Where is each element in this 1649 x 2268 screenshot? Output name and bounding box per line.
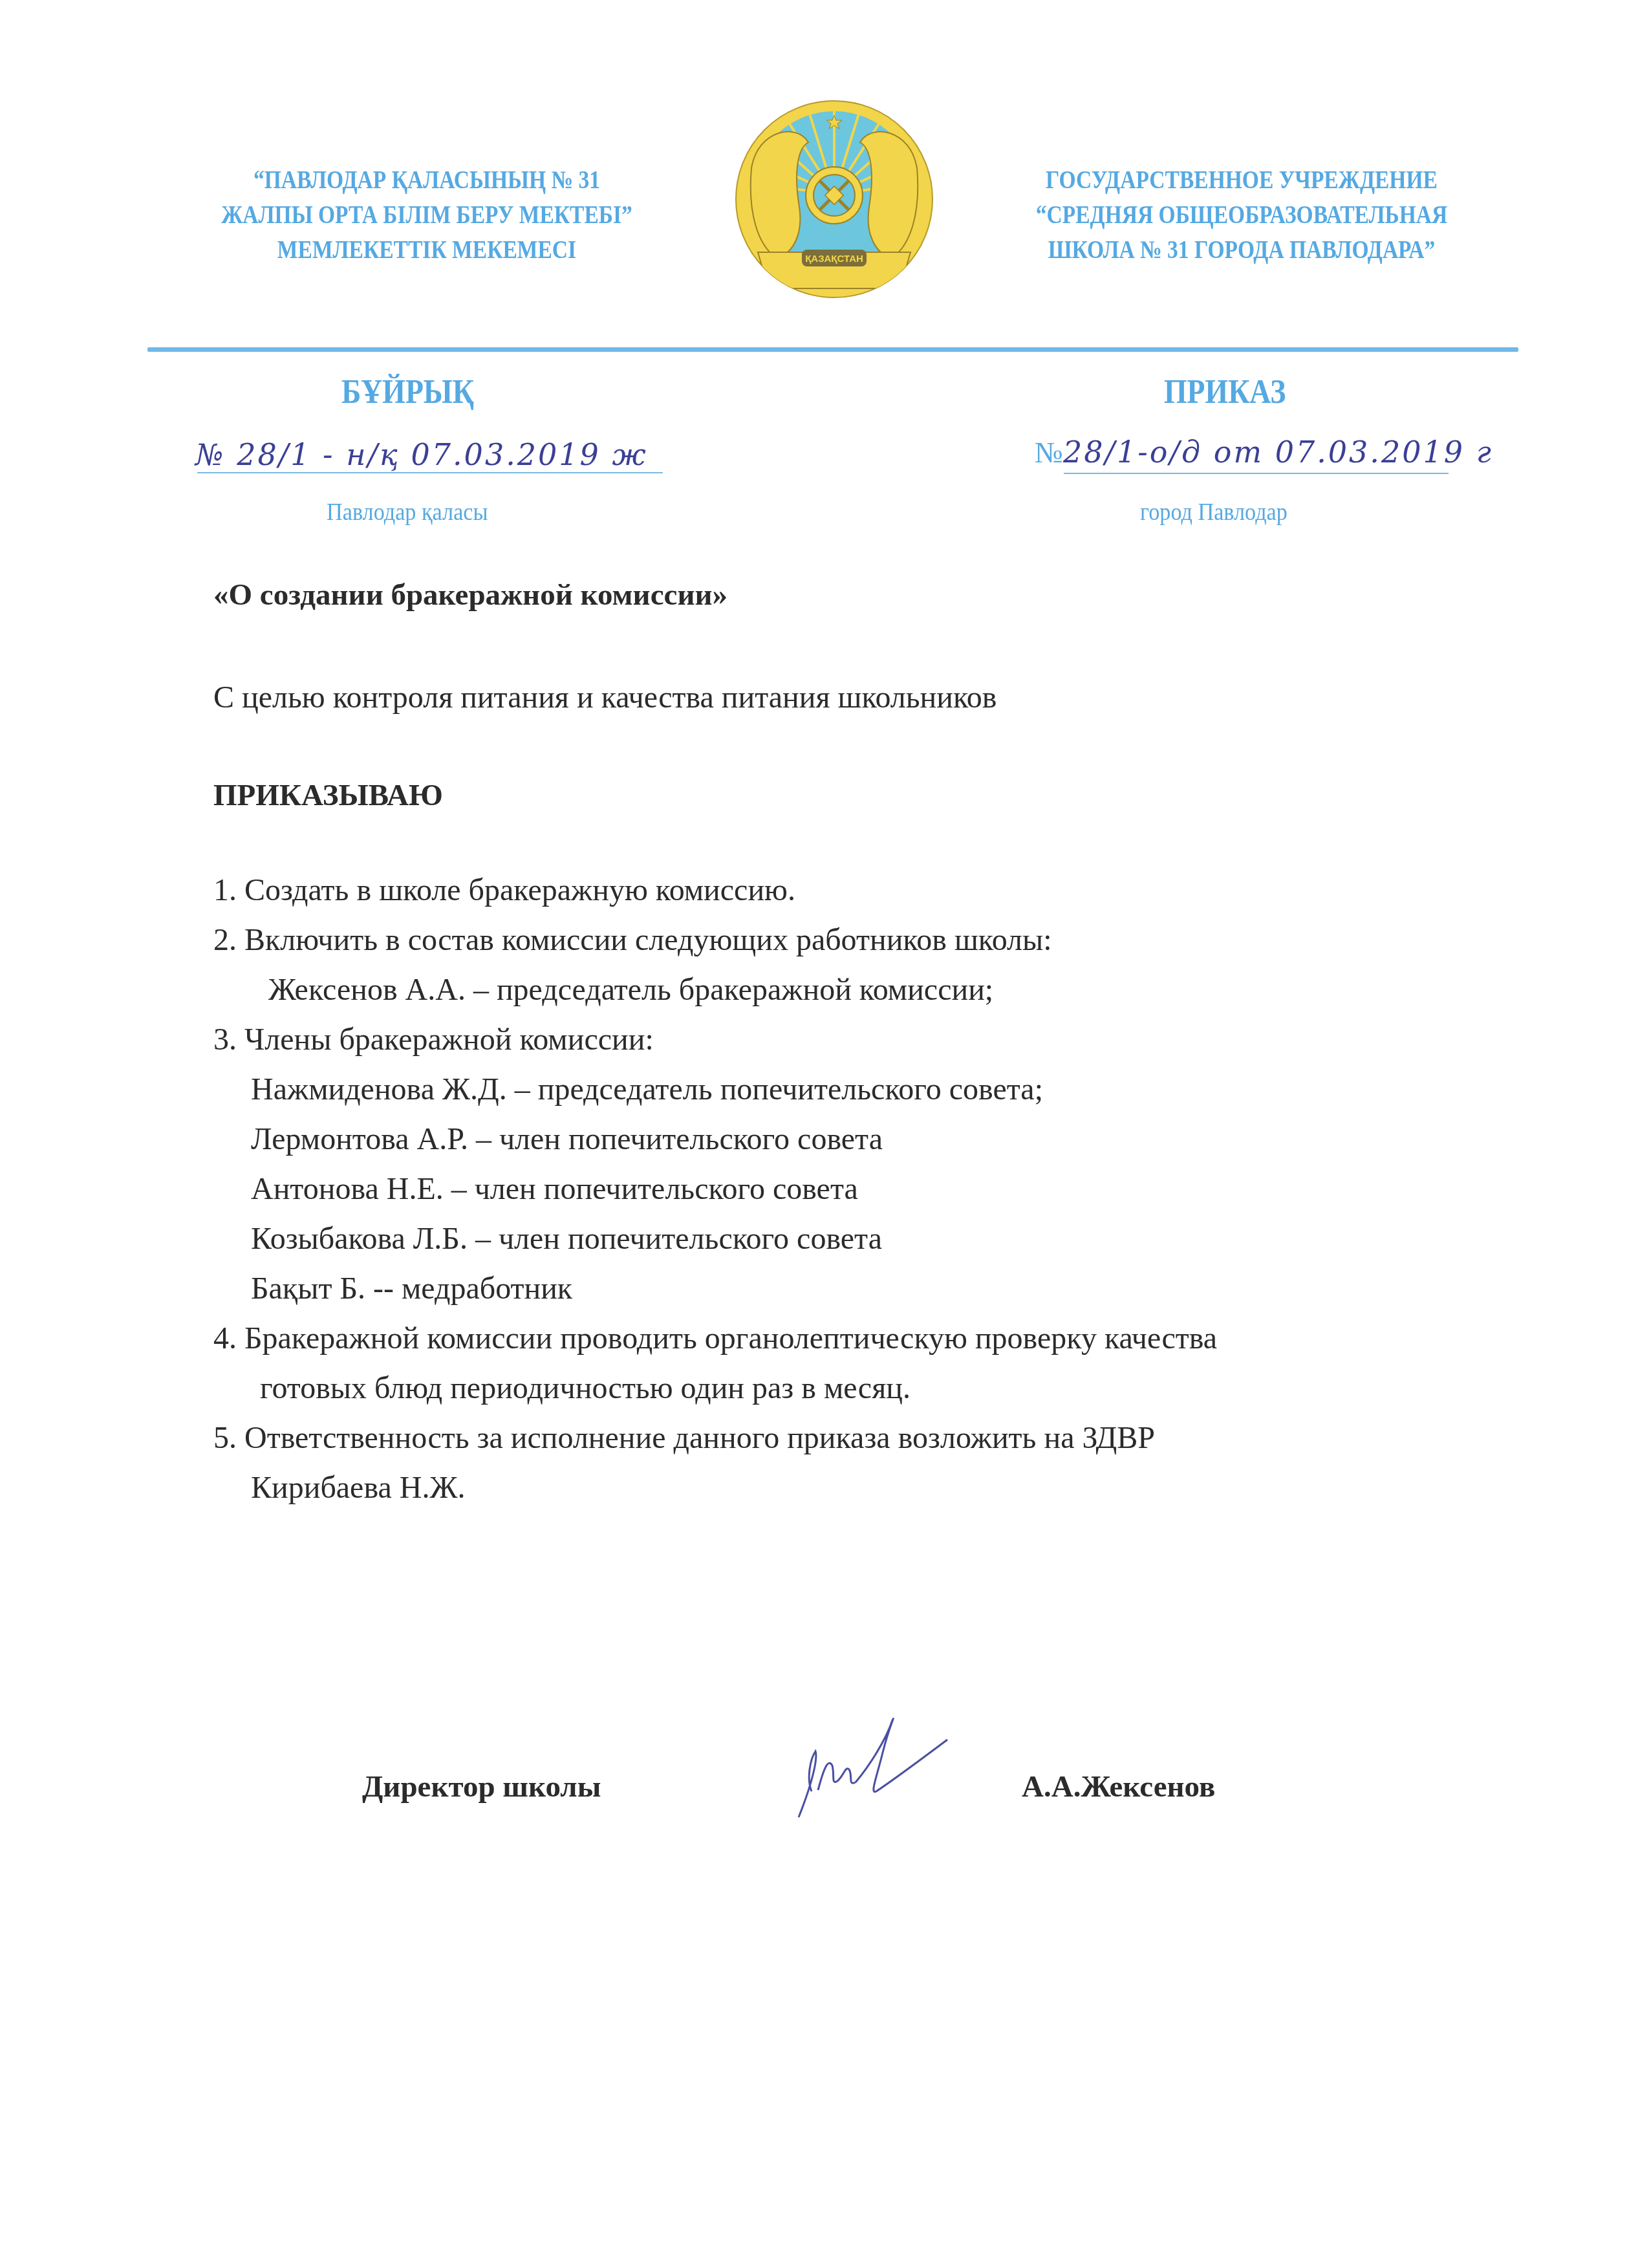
list-item: Козыбакова Л.Б. – член попечительского с… (251, 1224, 882, 1255)
letterhead-russian-line-2: “СРЕДНЯЯ ОБЩЕОБРАЗОВАТЕЛЬНАЯ (975, 198, 1509, 233)
letterhead-kazakh-line-3: МЕМЛЕКЕТТІК МЕКЕМЕСІ (188, 233, 666, 268)
order-number-russian-handwritten: 28/1-о/д от 07.03.2019 г (1063, 435, 1493, 470)
list-item: готовых блюд периодичностью один раз в м… (260, 1373, 911, 1404)
list-item: Бақыт Б. -- медработник (251, 1273, 572, 1304)
letterhead-russian-line-3: ШКОЛА № 31 ГОРОДА ПАВЛОДАРА” (975, 233, 1509, 268)
list-item: 5. Ответственность за исполнение данного… (213, 1423, 1155, 1454)
list-item: Антонова Н.Е. – член попечительского сов… (251, 1174, 858, 1205)
document-directive: ПРИКАЗЫВАЮ (213, 781, 443, 811)
order-title-kazakh: БҰЙРЫҚ (341, 373, 474, 411)
signatory-name: А.А.Жексенов (1022, 1772, 1215, 1802)
handwritten-signature-icon (773, 1714, 986, 1824)
list-item: Жексенов А.А. – председатель бракеражной… (268, 975, 993, 1006)
list-item: 1. Создать в школе бракеражную комиссию. (213, 875, 795, 906)
signatory-position: Директор школы (362, 1772, 601, 1802)
list-item: Нажмиденова Ж.Д. – председатель попечите… (251, 1074, 1043, 1105)
list-item: 4. Бракеражной комиссии проводить органо… (213, 1323, 1217, 1354)
letterhead-kazakh-line-2: ЖАЛПЫ ОРТА БІЛІМ БЕРУ МЕКТЕБІ” (188, 198, 666, 233)
letterhead-kazakh-line-1: “ПАВЛОДАР ҚАЛАСЫНЫҢ № 31 (188, 163, 666, 198)
letterhead-kazakh-block: “ПАВЛОДАР ҚАЛАСЫНЫҢ № 31 ЖАЛПЫ ОРТА БІЛІ… (188, 163, 666, 268)
list-item: 2. Включить в состав комиссии следующих … (213, 925, 1052, 956)
document-page: “ПАВЛОДАР ҚАЛАСЫНЫҢ № 31 ЖАЛПЫ ОРТА БІЛІ… (0, 0, 1649, 2268)
emblem-label: ҚАЗАҚСТАН (805, 254, 863, 265)
order-number-kazakh-handwritten: № 28/1 - н/қ 07.03.2019 ж (195, 437, 648, 472)
letterhead-russian-block: ГОСУДАРСТВЕННОЕ УЧРЕЖДЕНИЕ “СРЕДНЯЯ ОБЩЕ… (975, 163, 1509, 268)
letterhead-russian-line-1: ГОСУДАРСТВЕННОЕ УЧРЕЖДЕНИЕ (975, 163, 1509, 198)
kazakhstan-state-emblem-icon: ҚАЗАҚСТАН (732, 97, 936, 301)
city-kazakh: Павлодар қаласы (327, 498, 488, 526)
city-russian: город Павлодар (1140, 498, 1288, 526)
order-number-russian-underline (1064, 473, 1449, 474)
number-sign: № (1035, 436, 1063, 469)
list-item: 3. Члены бракеражной комиссии: (213, 1024, 654, 1055)
order-number-kazakh-underline (197, 472, 663, 473)
letterhead-divider (147, 347, 1518, 352)
document-intro: С целью контроля питания и качества пита… (213, 682, 997, 713)
order-number-russian-row: №28/1-о/д от 07.03.2019 г (1035, 435, 1493, 470)
list-item: Кирибаева Н.Ж. (251, 1473, 465, 1504)
list-item: Лермонтова А.Р. – член попечительского с… (251, 1124, 883, 1155)
document-title: «О создании бракеражной комиссии» (213, 580, 727, 610)
order-title-russian: ПРИКАЗ (1164, 373, 1286, 411)
